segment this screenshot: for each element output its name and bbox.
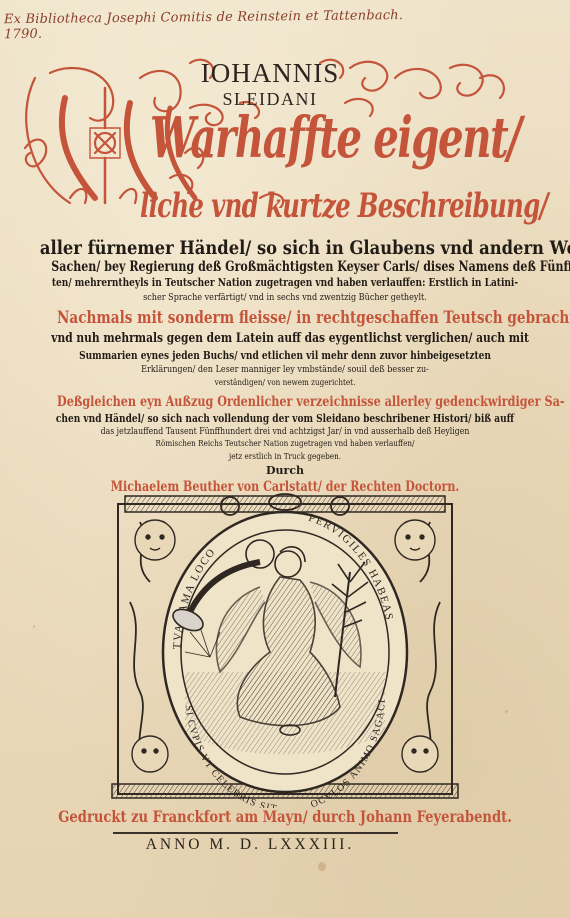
- publication-date: ANNO M. D. LXXXIII.: [0, 836, 570, 854]
- author-first-name: IOHANNIS: [195, 58, 345, 89]
- body-line: jetz erstlich in Truck gegeben.: [43, 452, 528, 462]
- body-line: vnd nuh mehrmals gegen dem Latein auff d…: [51, 331, 518, 346]
- body-line: das jetzlauffend Tausent Fünffhundert dr…: [51, 426, 518, 437]
- foxing-spot: [318, 862, 326, 871]
- main-title-line-1: Warhaffte eigent/: [150, 108, 416, 168]
- durch-label: Durch: [0, 464, 570, 477]
- cherub-bottom-right: [402, 736, 438, 772]
- body-line: verständigen/ von newem zugerichtet.: [43, 378, 528, 388]
- foxing-spot: [33, 625, 35, 628]
- main-title-line-2: liche vnd kurtze Beschreibung/: [140, 188, 442, 224]
- body-line: scher Sprache verfärtigt/ vnd in sechs v…: [43, 292, 528, 303]
- handwritten-inscription: Ex Bibliotheca Josephi Comitis de Reinst…: [4, 8, 424, 42]
- body-line: ten/ mehrerntheyls in Teutscher Nation z…: [51, 276, 518, 289]
- cherub-top-right: [395, 520, 435, 560]
- body-line: Erklärungen/ den Leser manniger ley vmbs…: [43, 364, 528, 375]
- body-line: aller fürnemer Händel/ so sich in Glaube…: [40, 237, 530, 259]
- body-line: chen vnd Händel/ so sich nach vollendung…: [51, 412, 518, 425]
- cherub-top-left: [135, 520, 175, 560]
- body-line-red: Nachmals mit sonderm fleisse/ in rechtge…: [57, 308, 513, 328]
- publication-date-text: ANNO M. D. LXXXIII.: [146, 836, 355, 853]
- printer-imprint: Gedruckt zu Franckfort am Mayn/ durch Jo…: [51, 807, 518, 826]
- woodcut-printers-device: TVA FAMA LOCO PERVIGILES HABEAS SI CVPIS…: [110, 492, 460, 808]
- imprint-rule: [113, 832, 398, 834]
- body-line: Römischen Reichs Teutscher Nation zugetr…: [43, 439, 528, 449]
- cherub-bottom-left: [132, 736, 168, 772]
- body-line-red: Deßgleichen eyn Außzug Ordenlicher verze…: [57, 394, 513, 410]
- body-line: Summarien eynes jeden Buchs/ vnd etliche…: [51, 349, 518, 362]
- foxing-spot: [505, 710, 508, 713]
- body-line: Sachen/ bey Regierung deß Großmächtigste…: [51, 259, 518, 275]
